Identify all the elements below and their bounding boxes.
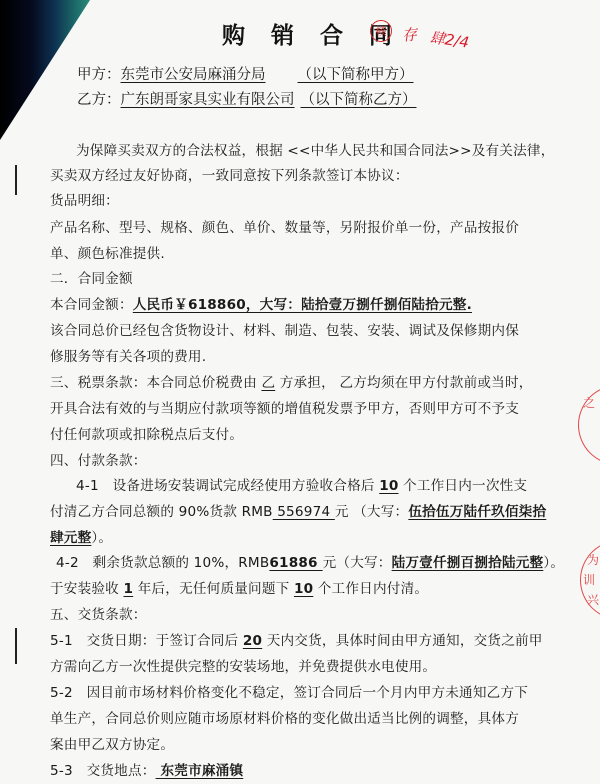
amount-words: 陆万壹仟捌百捌拾陆元整 xyxy=(392,555,544,571)
clause-5-3: 5-3 交货地点： 东莞市麻涌镇 xyxy=(50,759,243,779)
delivery-location: 东莞市麻涌镇 xyxy=(156,763,244,779)
text: 天内交货，具体时间由甲方通知，交货之前甲 xyxy=(262,633,542,649)
clause-4-2-line-1: 4-2 剩余货款总额的 10%，RMB61886 元（大写：陆万壹仟捌百捌拾陆元… xyxy=(56,551,564,571)
section2-heading: 二．合同金额 xyxy=(50,267,133,287)
section3-line-2: 开具合法有效的与当期应付款项等额的增值税发票予甲方，否则甲方可不予支 xyxy=(50,397,519,417)
party-a-name: 东莞市公安局麻涌分局 xyxy=(121,67,266,83)
section4-heading: 四、付款条款： xyxy=(50,449,147,469)
section5-heading: 五、交货条款： xyxy=(50,603,147,623)
amount-value: 人民币￥618860，大写：陆拾壹万捌仟捌佰陆拾元整. xyxy=(133,297,472,313)
amount-words: 伍拾伍万陆仟玖佰柒拾 xyxy=(408,504,546,520)
stamp-text: 训 xyxy=(583,571,595,588)
clause-5-1-line-2: 方需向乙方一次性提供完整的安装场地，并免费提供水电使用。 xyxy=(50,655,436,675)
party-b: 乙方：广东朗哥家具实业有限公司（以下简称乙方） xyxy=(77,88,417,109)
company-stamp-icon: 为 训 兴 xyxy=(580,540,600,620)
amount-words: 肆元整 xyxy=(50,530,91,546)
approval-seal-icon: 核 xyxy=(370,20,392,42)
payment-days: 10 xyxy=(379,478,398,494)
clause-4-2-line-2: 于安装验收 1 年后，无任何质量问题下 10 个工作日内付清。 xyxy=(50,577,428,597)
text: 元 （大写： xyxy=(335,504,409,520)
contract-amount: 本合同金额：人民币￥618860，大写：陆拾壹万捌仟捌佰陆拾元整. xyxy=(50,293,472,313)
clause-5-2-line-1: 5-2 因目前市场材料价格变化不稳定，签订合同后一个月内甲方未通知乙方下 xyxy=(50,681,528,701)
party-a-label: 甲方： xyxy=(77,67,121,83)
clause-5-2-line-2: 单生产，合同总价则应随市场原材料价格的变化做出适当比例的调整，具体方 xyxy=(50,707,519,727)
handwritten-note: 存 xyxy=(401,23,418,45)
clause-5-2-line-3: 案由甲乙双方协定。 xyxy=(50,733,174,753)
payment-amount: 556974 xyxy=(273,504,335,520)
party-a-suffix: （以下简称甲方） xyxy=(298,67,414,83)
text: ）。 xyxy=(543,555,564,571)
text: 4-2 剩余货款总额的 10%，RMB xyxy=(56,555,269,571)
text: 个工作日内付清。 xyxy=(313,581,428,597)
tax-party: 乙 xyxy=(261,375,275,391)
margin-mark xyxy=(15,165,17,195)
party-b-name: 广东朗哥家具实业有限公司 xyxy=(121,92,295,108)
warranty-years: 1 xyxy=(124,581,134,597)
payment-amount: 61886 xyxy=(269,555,322,571)
text: 年后，无任何质量问题下 xyxy=(133,581,294,597)
delivery-days: 20 xyxy=(243,633,262,649)
stamp-text: 为 xyxy=(587,551,599,568)
amount-label: 本合同金额： xyxy=(50,297,133,313)
clause-4-1-line-1: 4-1 设备进场安装调试完成经使用方验收合格后 10 个工作日内一次性支 xyxy=(76,474,527,494)
text: 元（大写： xyxy=(323,555,392,571)
goods-line-2: 单、颜色标准提供. xyxy=(50,242,165,262)
margin-mark xyxy=(15,628,17,664)
company-stamp-icon: 之 xyxy=(578,385,600,465)
text: 三、税票条款：本合同总价税费由 xyxy=(50,375,261,391)
text: 方承担， 乙方均须在甲方付款前或当时， xyxy=(275,375,532,391)
party-b-suffix: （以下简称乙方） xyxy=(301,92,417,108)
payment-days: 10 xyxy=(294,581,313,597)
handwritten-note: 肆2/4 xyxy=(429,26,471,52)
section2-line-1: 该合同总价已经包含货物设计、材料、制造、包装、安装、调试及保修期内保 xyxy=(50,319,519,339)
intro-line-1: 为保障买卖双方的合法权益，根据 <<中华人民共和国合同法>>及有关法律， xyxy=(76,139,555,159)
title-row: 购 销 合 同 核 存 肆2/4 xyxy=(0,17,600,51)
clause-5-1-line-1: 5-1 交货日期：于签订合同后 20 天内交货，具体时间由甲方通知，交货之前甲 xyxy=(50,629,543,649)
goods-line-1: 产品名称、型号、规格、颜色、单价、数量等，另附报价单一份，产品按报价 xyxy=(50,216,519,236)
text: 5-3 交货地点： xyxy=(50,763,156,779)
text: ）。 xyxy=(91,530,112,546)
party-b-label: 乙方： xyxy=(77,92,121,108)
clause-4-1-line-2: 付清乙方合同总额的 90%货款 RMB 556974 元 （大写：伍拾伍万陆仟玖… xyxy=(50,500,546,520)
text: 于安装验收 xyxy=(50,581,124,597)
intro-line-2: 买卖双方经过友好协商，一致同意按下列条款签订本协议： xyxy=(50,164,409,184)
section2-line-2: 修服务等有关各项的费用. xyxy=(50,345,206,365)
stamp-text: 之 xyxy=(583,394,595,411)
text: 5-1 交货日期：于签订合同后 xyxy=(50,633,243,649)
clause-4-1-line-3: 肆元整）。 xyxy=(50,526,112,546)
section3-line-3: 付任何款项或扣除税点后支付。 xyxy=(50,423,243,443)
stamp-text: 兴 xyxy=(587,591,599,608)
text: 个工作日内一次性支 xyxy=(399,478,528,494)
party-a: 甲方：东莞市公安局麻涌分局（以下简称甲方） xyxy=(77,63,414,84)
text: 4-1 设备进场安装调试完成经使用方验收合格后 xyxy=(76,478,379,494)
text: 付清乙方合同总额的 90%货款 RMB xyxy=(50,504,273,520)
section3-line-1: 三、税票条款：本合同总价税费由 乙 方承担， 乙方均须在甲方付款前或当时， xyxy=(50,371,533,391)
goods-heading: 货品明细： xyxy=(50,189,119,209)
